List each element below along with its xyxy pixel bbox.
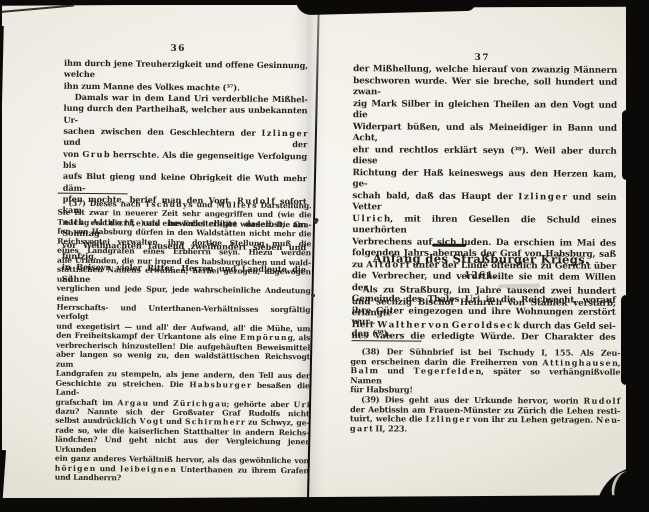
show-through-mark: [498, 284, 540, 289]
text-line: nes Vaters die erledigte Würde. Der Char…: [352, 331, 616, 344]
text-line: und sechzig Bischof Heinrich von Stahlek…: [352, 297, 616, 322]
section-divider-rule: [432, 244, 466, 247]
text-line: von G r u b herrschte. Als die gegenseit…: [63, 148, 307, 173]
ink-mark: [311, 294, 315, 297]
scan-right-edge: [626, 0, 649, 512]
section-heading: Anfang des Straßburger Kriegs.: [352, 251, 610, 267]
scan-top-edge-right: [450, 0, 649, 7]
right-page: 37 der Mißhellung, welche hierauf von zw…: [343, 47, 630, 481]
section-text: Als zu Straßburg, im Jahre tausend zwei …: [352, 285, 616, 344]
text-line: beschworen wurde. Wer sie breche, soll h…: [353, 76, 617, 101]
section-year: 1261.: [352, 269, 610, 282]
text-line: Richtung der Haß keineswegs aus den Herz…: [352, 168, 616, 193]
right-footnote-text: (38) Der Sühnbrief ist bei Tschudy I, 15…: [350, 347, 621, 435]
text-line: der Mißhellung, welche hierauf von zwanz…: [353, 64, 617, 77]
text-line: ihm durch jene Treuherzigkeit und offene…: [64, 58, 308, 83]
scan-right-edge-bump: [622, 110, 631, 180]
text-line: Widerpart büßen, und als Meineidiger in …: [353, 122, 617, 147]
text-line: lung durch den Partheihaß, welcher aus u…: [63, 103, 307, 128]
left-page-number: 36: [156, 44, 200, 54]
scanned-book-spread: 36 ihm durch jene Treuherzigkeit und off…: [0, 0, 649, 512]
scan-bottom-edge: [0, 495, 649, 512]
text-line: U l r i c h, mit ihren Gesellen die Schu…: [352, 214, 616, 239]
text-line: Als zu Straßburg, im Jahre tausend zwei …: [352, 285, 616, 298]
scan-right-edge-bump: [621, 295, 631, 385]
text-line: ehr und rechtlos erklärt seyn (³⁸). Weil…: [353, 145, 617, 170]
left-footnote-text: (37) Dieses nach T s c h u d y s und M ü…: [55, 199, 312, 485]
text-line: schah bald, daß das Haupt der I z l i n …: [352, 191, 616, 216]
right-page-number: 37: [460, 53, 504, 63]
text-line: zig Mark Silber in gleichen Theilen an d…: [353, 99, 617, 124]
text-line: g a r t II, 223.: [350, 424, 620, 435]
text-line: sachen zwischen den Geschlechtern der I …: [63, 126, 307, 151]
left-page: 36 ihm durch jene Treuherzigkeit und off…: [54, 43, 315, 478]
